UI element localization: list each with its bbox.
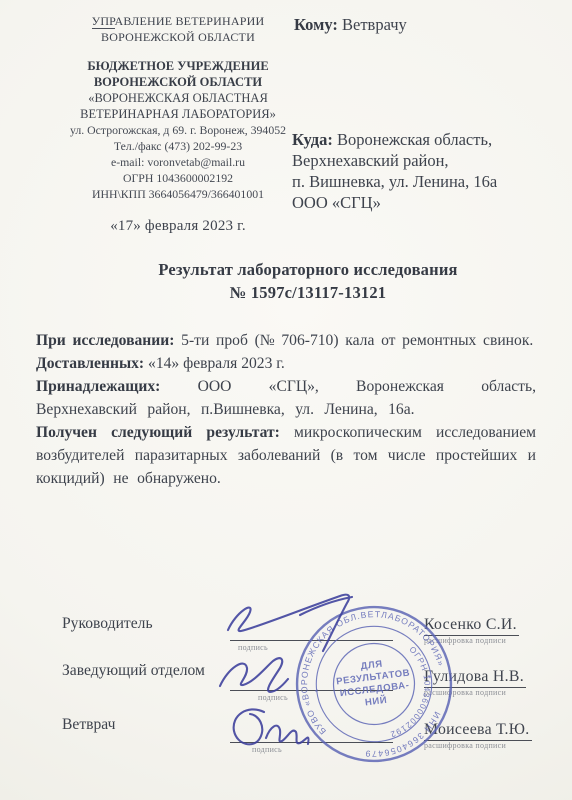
stamp-center-text: ДЛЯ РЕЗУЛЬТАТОВ ИССЛЕДОВА- НИЙ [334, 655, 414, 711]
recipient-address-block: Куда: Воронежская область, Верхнехавский… [292, 129, 560, 213]
recipient-address-line3: п. Вишневка, ул. Ленина, 16а [292, 171, 560, 192]
recipient-address-line2: Верхнехавский район, [292, 150, 560, 171]
paragraph-owner: Принадлежащих: ООО «СГЦ», Воронежская об… [36, 375, 536, 421]
stamp-group: БУВО «ВОРОНЕЖСКАЯ ОБЛ.ВЕТЛАБОРАТОРИЯ» ИН… [291, 601, 457, 767]
sender-org-line2: ВОРОНЕЖСКОЙ ОБЛАСТИ [36, 29, 320, 45]
recipient-to-value: Ветврачу [342, 15, 407, 34]
sender-org-underlined-part: УПР [92, 14, 115, 29]
sender-email: e-mail: voronvetab@mail.ru [36, 154, 320, 170]
paragraph-delivered: Доставленных: «14» февраля 2023 г. [36, 352, 536, 375]
document-title: Результат лабораторного исследования № 1… [48, 259, 568, 304]
signature-role-director: Руководитель [62, 615, 153, 633]
sender-phone: Тел./факс (473) 202-99-23 [36, 138, 320, 154]
sender-inn-kpp: ИНН\КПП 3664056479/366401001 [36, 186, 320, 202]
document-body: При исследовании: 5-ти проб (№ 706-710) … [36, 329, 536, 490]
paragraph-result: Получен следующий результат: микроскопич… [36, 421, 536, 490]
sender-institution-line2: ВОРОНЕЖСКОЙ ОБЛАСТИ [36, 74, 320, 90]
sender-institution-line1: БЮДЖЕТНОЕ УЧРЕЖДЕНИЕ [36, 58, 320, 74]
recipient-where-label: Куда: [292, 130, 333, 149]
sender-letterhead: УПРАВЛЕНИЕ ВЕТЕРИНАРИИ ВОРОНЕЖСКОЙ ОБЛАС… [36, 13, 320, 234]
document-date: «17» февраля 2023 г. [36, 218, 320, 234]
signature-role-head-of-department: Заведующий отделом [62, 662, 205, 680]
recipient-address-line4: ООО «СГЦ» [292, 192, 560, 213]
document-title-line1: Результат лабораторного исследования [48, 259, 568, 282]
stamp-separator-right: * [428, 673, 433, 683]
recipient-address-line1: Куда: Воронежская область, [292, 129, 560, 150]
stamp-separator-left: * [314, 687, 319, 697]
signature-stroke-head-of-department [220, 658, 288, 692]
recipient-to-label: Кому: [294, 15, 338, 34]
paragraph-result-label: Получен следующий результат: [36, 424, 280, 441]
stamp-center-line4: НИЙ [364, 694, 388, 709]
sender-ogrn: ОГРН 1043600002192 [36, 170, 320, 186]
signature-role-veterinarian: Ветврач [62, 716, 115, 734]
paragraph-examined-label: При исследовании: [36, 332, 174, 349]
paragraph-examined-text: 5-ти проб (№ 706-710) кала от ремонтных … [181, 332, 533, 349]
sender-lab-name-line1: «ВОРОНЕЖСКАЯ ОБЛАСТНАЯ [36, 90, 320, 106]
stamp-ring-bottom-text: ИНН 3664056479 [359, 709, 447, 761]
sender-address: ул. Острогожская, д 69. г. Воронеж, 3940… [36, 122, 320, 138]
stamp-ring-bottom-textpath: ИНН 3664056479 [359, 709, 447, 761]
recipient-where-value: Воронежская область, [337, 130, 492, 149]
paragraph-owner-label: Принадлежащих: [36, 378, 160, 395]
recipient-to-block: Кому: Ветврачу [294, 15, 556, 35]
signature-caption-veterinarian: подпись [252, 745, 282, 754]
sender-lab-name-line2: ВЕТЕРИНАРНАЯ ЛАБОРАТОРИЯ» [36, 106, 320, 122]
paragraph-delivered-text: «14» февраля 2023 г. [148, 355, 285, 372]
paragraph-examined: При исследовании: 5-ти проб (№ 706-710) … [36, 329, 536, 352]
signature-caption-director: подпись [238, 643, 268, 652]
sender-org-line1-rest: АВЛЕНИЕ ВЕТЕРИНАРИИ [115, 14, 265, 28]
document-number: № 1597с/13117-13121 [48, 282, 568, 305]
scanned-document-page: УПРАВЛЕНИЕ ВЕТЕРИНАРИИ ВОРОНЕЖСКОЙ ОБЛАС… [0, 0, 572, 800]
paragraph-delivered-label: Доставленных: [36, 355, 144, 372]
round-stamp: БУВО «ВОРОНЕЖСКАЯ ОБЛ.ВЕТЛАБОРАТОРИЯ» ИН… [291, 601, 457, 767]
signature-caption-head-of-department: подпись [258, 693, 288, 702]
sender-org-line1: УПРАВЛЕНИЕ ВЕТЕРИНАРИИ [36, 13, 320, 29]
